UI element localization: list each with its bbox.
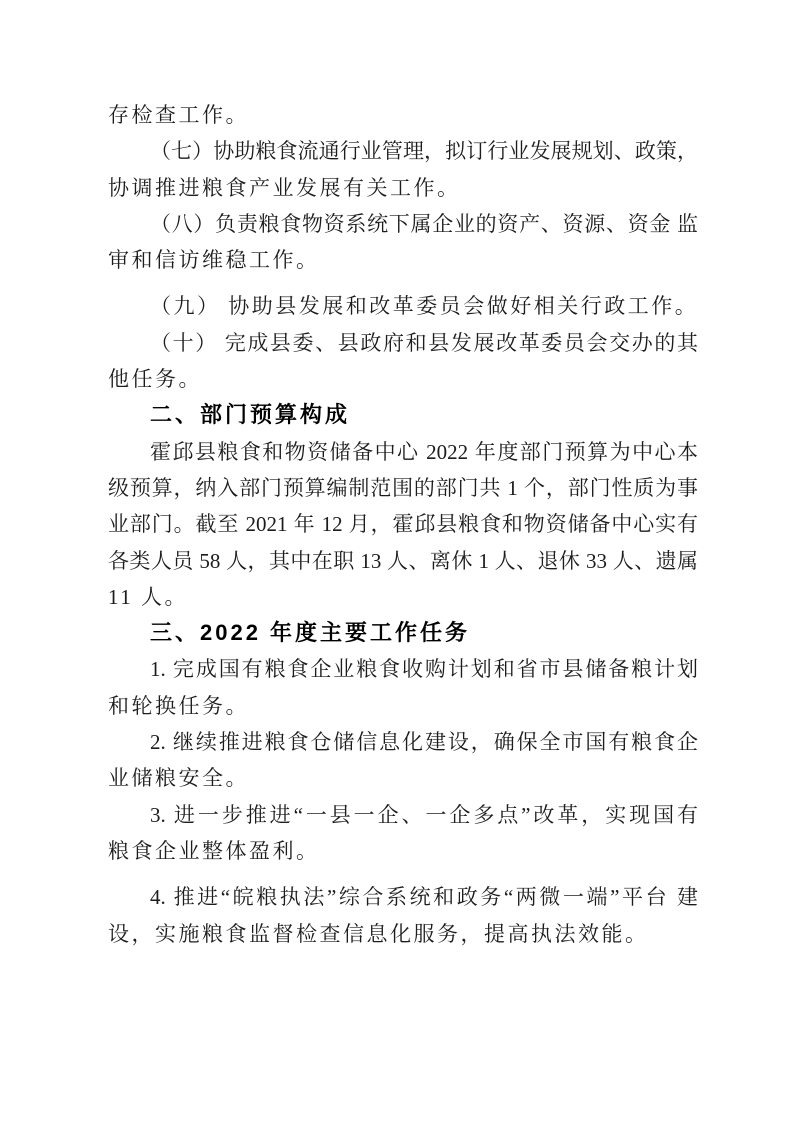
paragraph-line-task-3: 3. 进一步推进“一县一企、一企多点”改革，实现国有 (108, 797, 698, 833)
paragraph-line-task-2: 2. 继续推进粮食仓储信息化建设，确保全市国有粮食企 (108, 724, 698, 760)
paragraph-line: 设，实施粮食监督检查信息化服务，提高执法效能。 (108, 916, 698, 952)
paragraph-line: 业部门。截至 2021 年 12 月，霍邱县粮食和物资储备中心实有 (108, 506, 698, 542)
paragraph-line: 级预算，纳入部门预算编制范围的部门共 1 个，部门性质为事 (108, 470, 698, 506)
paragraph-line: 各类人员 58 人，其中在职 13 人、离休 1 人、退休 33 人、遗属 (108, 543, 698, 579)
paragraph-line-item-9: （九） 协助县发展和改革委员会做好相关行政工作。 (108, 288, 698, 324)
paragraph-line-task-1: 1. 完成国有粮食企业粮食收购计划和省市县储备粮计划 (108, 651, 698, 687)
paragraph-line: 协调推进粮食产业发展有关工作。 (108, 170, 698, 206)
paragraph-line: 他任务。 (108, 361, 698, 397)
paragraph-line: 霍邱县粮食和物资储备中心 2022 年度部门预算为中心本 (108, 434, 698, 470)
paragraph-line: 业储粮安全。 (108, 760, 698, 796)
paragraph-line-task-4: 4. 推进“皖粮执法”综合系统和政务“两微一端”平台 建 (108, 879, 698, 915)
document-body: 存检查工作。 （七）协助粮食流通行业管理，拟订行业发展规划、政策， 协调推进粮食… (108, 97, 698, 952)
paragraph-line-item-10: （十） 完成县委、县政府和县发展改革委员会交办的其 (108, 325, 698, 361)
paragraph-line: 粮食企业整体盈利。 (108, 833, 698, 869)
paragraph-line: 和轮换任务。 (108, 688, 698, 724)
paragraph-line: 11 人。 (108, 579, 698, 615)
paragraph-line-item-8: （八）负责粮食物资系统下属企业的资产、资源、资金 监 (108, 206, 698, 242)
section-heading-budget-composition: 二、部门预算构成 (108, 397, 698, 433)
paragraph-line: 审和信访维稳工作。 (108, 242, 698, 278)
paragraph-line-item-7: （七）协助粮食流通行业管理，拟订行业发展规划、政策， (108, 133, 698, 169)
paragraph-line: 存检查工作。 (108, 97, 698, 133)
document-page: 存检查工作。 （七）协助粮食流通行业管理，拟订行业发展规划、政策， 协调推进粮食… (0, 0, 793, 1122)
section-heading-2022-main-tasks: 三、2022 年度主要工作任务 (108, 615, 698, 651)
